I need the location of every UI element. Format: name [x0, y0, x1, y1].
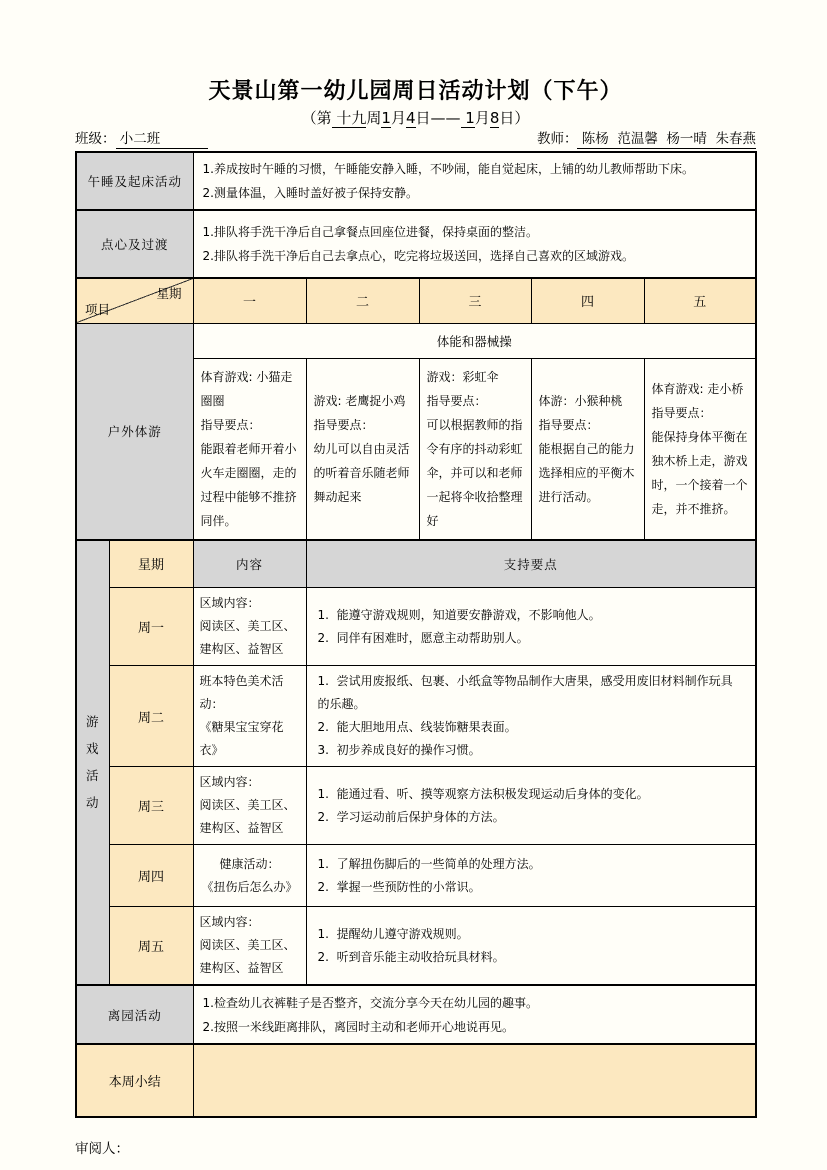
document-page: 天景山第一幼儿园周日活动计划（下午） （第 十九周1月4日—— 1月8日） 班级…	[75, 78, 756, 1157]
snack-transition-text: 1.排队将手洗干净后自己拿餐点回座位进餐，保持桌面的整洁。 2.排队将手洗干净后…	[193, 210, 756, 278]
class-name-value: 小二班	[116, 130, 208, 149]
meta-line: 班级： 小二班 教师： 陈杨 范温馨 杨一晴 朱春燕	[75, 130, 756, 149]
corner-project-label: 项目	[85, 300, 110, 318]
page-title: 天景山第一幼儿园周日活动计划（下午）	[75, 78, 756, 106]
class-label: 班级：	[75, 131, 116, 147]
departure-activity-text: 1.检查幼儿衣裤鞋子是否整齐，交流分享今天在幼儿园的趣事。 2.按照一米线距离排…	[193, 985, 756, 1044]
game-day-cell-thu: 周四	[109, 845, 193, 907]
common-activity-cell: 体能和器械操	[193, 323, 756, 358]
nap-activity-text: 1.养成按时午睡的习惯，午睡能安静入睡，不吵闹，能自觉起床，上铺的幼儿教师帮助下…	[193, 152, 756, 210]
weekly-plan-table: 午睡及起床活动 1.养成按时午睡的习惯，午睡能安静入睡，不吵闹，能自觉起床，上铺…	[75, 151, 757, 1118]
games-support-header: 支持要点	[306, 540, 756, 588]
game-day-cell-tue: 周二	[109, 666, 193, 767]
game-content-cell-mon: 区域内容： 阅读区、美工区、 建构区、益智区	[193, 588, 306, 666]
day-header-tue: 二	[306, 278, 419, 323]
day-header-thu: 四	[531, 278, 644, 323]
day-header-mon: 一	[193, 278, 306, 323]
game-support-cell-fri: 1. 提醒幼儿遵守游戏规则。 2. 听到音乐能主动收拾玩具材料。	[306, 907, 756, 986]
reviewer-label: 审阅人：	[75, 1137, 756, 1157]
games-week-header: 星期	[109, 540, 193, 588]
snack-transition-label: 点心及过渡	[76, 210, 193, 278]
outdoor-game-cell-mon: 体育游戏: 小猫走圈圈 指导要点： 能跟着老师开着小火车走圈圈，走的过程中能够不…	[193, 358, 306, 540]
game-support-cell-mon: 1. 能遵守游戏规则，知道要安静游戏，不影响他人。 2. 同伴有困难时，愿意主动…	[306, 588, 756, 666]
games-section-label: 游戏活动	[76, 540, 109, 986]
outdoor-play-label: 户外体游	[76, 323, 193, 540]
page-subtitle: （第 十九周1月4日—— 1月8日）	[75, 108, 756, 128]
teacher-field: 教师： 陈杨 范温馨 杨一晴 朱春燕	[537, 130, 756, 149]
games-content-header: 内容	[193, 540, 306, 588]
weekly-summary-label: 本周小结	[76, 1044, 193, 1117]
subtitle-text: （第	[302, 109, 332, 127]
game-day-cell-wed: 周三	[109, 767, 193, 845]
outdoor-game-cell-fri: 体育游戏: 走小桥 指导要点： 能保持身体平衡在独木桥上走，游戏时，一个接着一个…	[644, 358, 756, 540]
outdoor-game-cell-thu: 体游：小猴种桃 指导要点： 能根据自己的能力选择相应的平衡木进行活动。	[531, 358, 644, 540]
nap-activity-label: 午睡及起床活动	[76, 152, 193, 210]
day-header-fri: 五	[644, 278, 756, 323]
start-month: 1	[381, 109, 391, 128]
week-project-corner-cell: 星期 项目	[76, 278, 193, 323]
teacher-label: 教师：	[537, 131, 578, 147]
games-section-vertical-text: 游戏活动	[86, 708, 100, 816]
teacher-names-value: 陈杨 范温馨 杨一晴 朱春燕	[577, 130, 756, 149]
game-support-cell-tue: 1. 尝试用废报纸、包裹、小纸盒等物品制作大唐果，感受用废旧材料制作玩具的乐趣。…	[306, 666, 756, 767]
day-header-wed: 三	[419, 278, 531, 323]
end-day: 8	[490, 109, 500, 128]
game-support-cell-wed: 1. 能通过看、听、摸等观察方法积极发现运动后身体的变化。 2. 学习运动前后保…	[306, 767, 756, 845]
start-day: 4	[406, 109, 416, 128]
corner-week-label: 星期	[157, 284, 182, 302]
game-day-cell-mon: 周一	[109, 588, 193, 666]
outdoor-game-cell-tue: 游戏: 老鹰捉小鸡 指导要点： 幼儿可以自由灵活的听着音乐随老师舞动起来	[306, 358, 419, 540]
weekly-summary-content	[193, 1044, 756, 1117]
class-field: 班级： 小二班	[75, 130, 208, 149]
game-day-cell-fri: 周五	[109, 907, 193, 986]
game-content-cell-wed: 区域内容： 阅读区、美工区、 建构区、益智区	[193, 767, 306, 845]
game-content-cell-thu: 健康活动： 《扭伤后怎么办》	[193, 845, 306, 907]
game-support-cell-thu: 1. 了解扭伤脚后的一些简单的处理方法。 2. 掌握一些预防性的小常识。	[306, 845, 756, 907]
departure-activity-label: 离园活动	[76, 985, 193, 1044]
week-number: 十九	[332, 109, 367, 128]
game-content-cell-tue: 班本特色美术活动： 《糖果宝宝穿花衣》	[193, 666, 306, 767]
game-content-cell-fri: 区域内容： 阅读区、美工区、 建构区、益智区	[193, 907, 306, 986]
outdoor-game-cell-wed: 游戏：彩虹伞 指导要点： 可以根据教师的指令有序的抖动彩虹伞，并可以和老师一起将…	[419, 358, 531, 540]
end-month: 1	[461, 109, 475, 128]
